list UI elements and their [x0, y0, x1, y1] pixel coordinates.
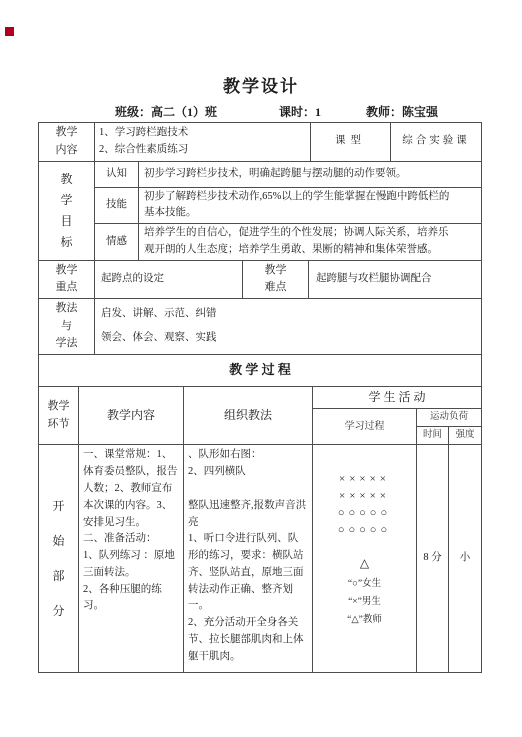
objective-category-skill: 技能 [95, 187, 139, 224]
process-section-title: 教 学 过 程 [39, 354, 482, 386]
organization-cell: 、队形如右图： 2、四列横队 整队迅速整齐,报数声音洪亮 1、听口令进行队列、队… [184, 445, 313, 673]
methods-label: 教法 与 学法 [39, 298, 95, 354]
header-exercise-load: 运动负荷 [417, 408, 482, 426]
objective-category-cognition: 认知 [95, 161, 139, 187]
header-content: 教学内容 [79, 386, 184, 445]
course-type-label: 课型 [311, 123, 391, 162]
course-type-value: 综合实验课 [391, 123, 482, 162]
formation-row-girls-2: ○○○○○ [316, 522, 413, 539]
process-row-opening: 开 始 部 分 一、课堂常规：1、体育委员整队，报告人数；2、教师宣布本次课的内… [39, 445, 482, 673]
header-learning-process: 学习过程 [313, 408, 417, 444]
teaching-content-value: 1、学习跨栏跑技术 2、综合性素质练习 [95, 123, 311, 162]
legend-boys: “×”男生 [316, 593, 413, 611]
learning-methods-line: 领会、体会、观察、实践 [101, 330, 478, 347]
class-field: 班级：高二（1）班 [115, 103, 217, 120]
methods-value: 启发、讲解、示范、纠错 领会、体会、观察、实践 [95, 298, 482, 354]
content-row-table: 教学 内容 1、学习跨栏跑技术 2、综合性素质练习 课型 综合实验课 [38, 122, 482, 162]
lesson-plan-table: 教学 内容 1、学习跨栏跑技术 2、综合性素质练习 课型 综合实验课 教 学 目… [38, 122, 481, 673]
objectives-table: 教 学 目 标 认知 初步学习跨栏步技术，明确起跨腿与摆动腿的动作要领。 技能 … [38, 161, 482, 261]
objective-category-emotion: 情感 [95, 224, 139, 261]
legend-teacher: “△”教师 [316, 611, 413, 629]
formation-row-boys-1: ××××× [316, 471, 413, 488]
process-title-table: 教 学 过 程 [38, 354, 482, 387]
focus-label: 教学 重点 [39, 260, 95, 298]
formation-row-boys-2: ××××× [316, 488, 413, 505]
red-corner-marker [5, 27, 14, 36]
stage-cell: 开 始 部 分 [39, 445, 79, 673]
document-page: 教学设计 班级：高二（1）班 课时：1 教师：陈宝强 教学 内容 1、学习跨栏跑… [0, 0, 522, 737]
header-organization: 组织教法 [184, 386, 313, 445]
period-field: 课时：1 [279, 103, 321, 120]
objectives-label: 教 学 目 标 [39, 161, 95, 260]
teacher-field: 教师：陈宝强 [366, 103, 438, 120]
formation-row-girls-1: ○○○○○ [316, 505, 413, 522]
learning-process-cell: ××××× ××××× ○○○○○ ○○○○○ △ “○”女生 “×”男生 “△… [313, 445, 417, 673]
methods-table: 教法 与 学法 启发、讲解、示范、纠错 领会、体会、观察、实践 [38, 298, 482, 355]
header-stage: 教学 环节 [39, 386, 79, 445]
objective-text-skill: 初步了解跨栏步技术动作,65%以上的学生能掌握在慢跑中跨低栏的 基本技能。 [139, 187, 482, 224]
page-title: 教学设计 [0, 72, 522, 97]
legend-girls: “○”女生 [316, 575, 413, 593]
difficulty-value: 起跨腿与攻栏腿协调配合 [309, 260, 482, 298]
focus-difficulty-table: 教学 重点 起跨点的设定 教学 难点 起跨腿与攻栏腿协调配合 [38, 260, 482, 299]
header-intensity: 强度 [449, 427, 482, 445]
header-student-activity: 学 生 活 动 [313, 386, 482, 408]
time-cell: 8 分 [417, 445, 449, 673]
difficulty-label: 教学 难点 [243, 260, 309, 298]
process-table: 教学 环节 教学内容 组织教法 学 生 活 动 学习过程 运动负荷 时间 强度 … [38, 386, 482, 674]
class-info-line: 班级：高二（1）班 课时：1 教师：陈宝强 [0, 103, 522, 119]
content-cell: 一、课堂常规：1、体育委员整队，报告人数；2、教师宣布本次课的内容。3、安排见习… [79, 445, 184, 673]
teaching-content-label: 教学 内容 [39, 123, 95, 162]
header-time: 时间 [417, 427, 449, 445]
teacher-mark-icon: △ [316, 554, 413, 573]
objective-text-emotion: 培养学生的自信心，促进学生的个性发展；协调人际关系，培养乐 观开朗的人生态度；培… [139, 224, 482, 261]
objective-text-cognition: 初步学习跨栏步技术，明确起跨腿与摆动腿的动作要领。 [139, 161, 482, 187]
intensity-cell: 小 [449, 445, 482, 673]
teaching-methods-line: 启发、讲解、示范、纠错 [101, 306, 478, 323]
focus-value: 起跨点的设定 [95, 260, 243, 298]
